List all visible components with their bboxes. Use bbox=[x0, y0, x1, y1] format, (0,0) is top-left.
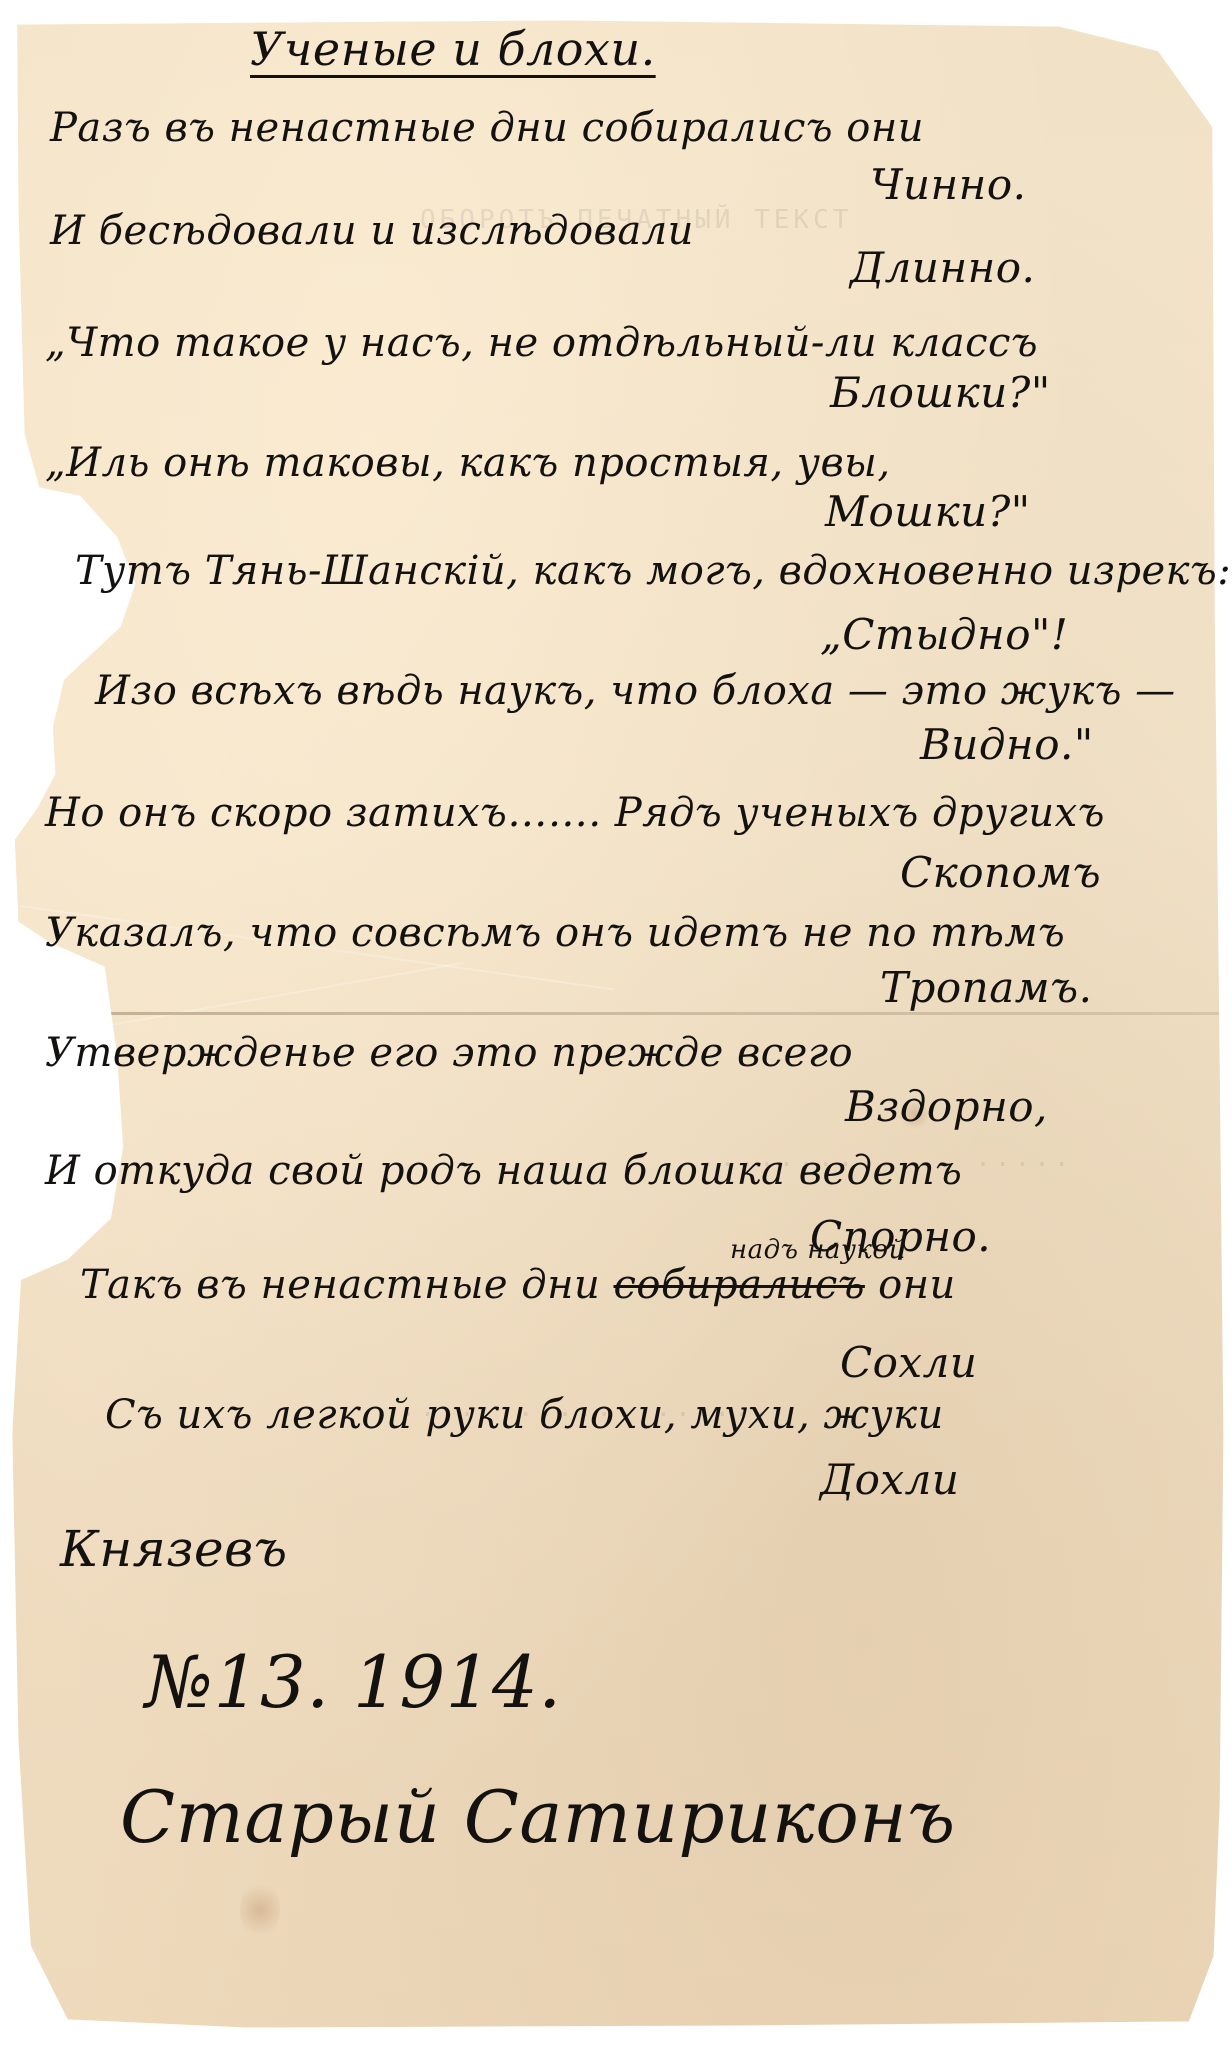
poem-rhyme-4: Мошки?" bbox=[825, 487, 1031, 536]
line-11-start: Такъ въ ненастные дни bbox=[80, 1262, 600, 1308]
poem-line-2: И бесѣдовали и изслѣдовали bbox=[50, 208, 694, 254]
poem-line-7: Но онъ скоро затихъ……. Рядъ ученыхъ друг… bbox=[45, 790, 1105, 836]
poem-rhyme-12: Дохли bbox=[820, 1455, 959, 1504]
poem-rhyme-8: Тропамъ. bbox=[880, 963, 1092, 1012]
poem-line-8: Указалъ, что совсѣмъ онъ идетъ не по тѣм… bbox=[45, 910, 1065, 956]
poem-line-11: Такъ въ ненастные дни собиралисъ они bbox=[80, 1262, 956, 1308]
inserted-correction: надъ наукой bbox=[730, 1235, 906, 1265]
stain bbox=[240, 1880, 280, 1940]
author-signature: Князевъ bbox=[60, 1520, 288, 1578]
poem-line-3: „Что такое у насъ, не отдѣльный-ли класс… bbox=[45, 320, 1038, 366]
poem-rhyme-11: Сохли bbox=[840, 1338, 977, 1387]
poem-rhyme-5: „Стыдно"! bbox=[820, 610, 1068, 659]
poem-rhyme-1: Чинно. bbox=[870, 160, 1026, 209]
poem-line-1: Разъ въ ненастные дни собиралисъ они bbox=[50, 105, 924, 151]
poem-line-5: Тутъ Тянь-Шанскій, какъ могъ, вдохновенн… bbox=[75, 548, 1231, 594]
poem-rhyme-9: Вздорно, bbox=[845, 1082, 1048, 1131]
struck-word: собиралисъ bbox=[613, 1262, 864, 1308]
poem-line-4: „Иль онѣ таковы, какъ простыя, увы, bbox=[45, 440, 891, 486]
line-11-end: они bbox=[878, 1262, 956, 1308]
manuscript-page: ОБОРОТЪ ПЕЧАТНЫЙ ТЕКСТ ········ ···· ···… bbox=[0, 0, 1232, 2048]
poem-rhyme-2: Длинно. bbox=[850, 243, 1035, 292]
publication-name: Старый Сатириконъ bbox=[120, 1775, 956, 1859]
issue-number: №13. 1914. bbox=[145, 1640, 562, 1724]
poem-line-6: Изо всѣхъ вѣдь наукъ, что блоха — это жу… bbox=[95, 668, 1176, 714]
poem-rhyme-7: Скопомъ bbox=[900, 848, 1101, 897]
poem-rhyme-6: Видно." bbox=[920, 720, 1094, 769]
poem-title: Ученые и блохи. bbox=[250, 22, 656, 76]
poem-line-12: Съ ихъ легкой руки блохи, мухи, жуки bbox=[105, 1392, 944, 1438]
poem-line-10: И откуда свой родъ наша блошка ведетъ bbox=[45, 1148, 962, 1194]
poem-line-9: Утвержденье его это прежде всего bbox=[45, 1030, 853, 1076]
paper-fold bbox=[12, 1012, 1219, 1015]
poem-rhyme-3: Блошки?" bbox=[830, 368, 1051, 417]
